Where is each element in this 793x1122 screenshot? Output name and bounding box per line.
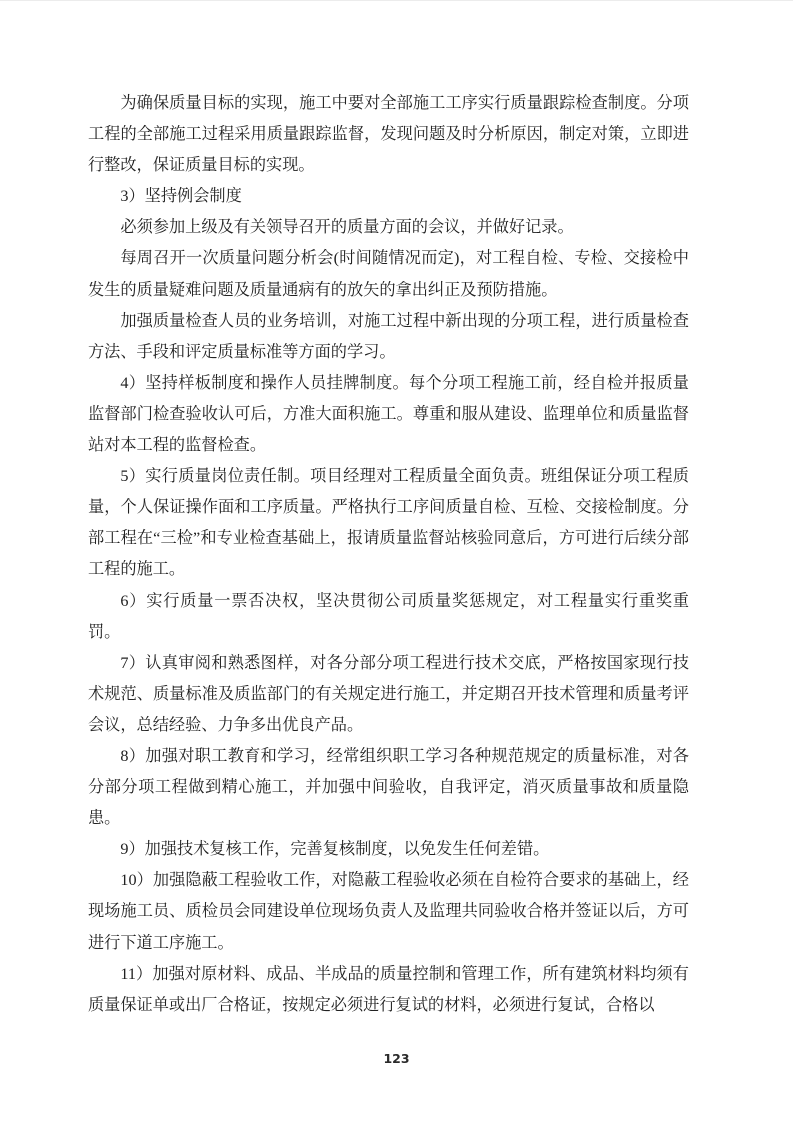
- paragraph-quality-tracking: 为确保质量目标的实现，施工中要对全部施工工序实行质量跟踪检查制度。分项工程的全部…: [88, 88, 689, 181]
- paragraph-item-6-veto: 6）实行质量一票否决权，坚决贯彻公司质量奖惩规定，对工程量实行重奖重罚。: [88, 586, 689, 648]
- paragraph-meeting-attendance: 必须参加上级及有关领导召开的质量方面的会议，并做好记录。: [88, 212, 689, 243]
- page-number: 123: [0, 1051, 793, 1066]
- document-page: 为确保质量目标的实现，施工中要对全部施工工序实行质量跟踪检查制度。分项工程的全部…: [0, 0, 793, 1122]
- paragraph-weekly-analysis: 每周召开一次质量问题分析会(时间随情况而定)，对工程自检、专检、交接检中发生的质…: [88, 243, 689, 305]
- paragraph-item-4-sample-system: 4）坚持样板制度和操作人员挂牌制度。每个分项工程施工前，经自检并报质量监督部门检…: [88, 368, 689, 461]
- paragraph-item-9-review: 9）加强技术复核工作，完善复核制度，以免发生任何差错。: [88, 834, 689, 865]
- paragraph-item-10-hidden-works: 10）加强隐蔽工程验收工作，对隐蔽工程验收必须在自检符合要求的基础上，经现场施工…: [88, 865, 689, 958]
- paragraph-item-8-education: 8）加强对职工教育和学习，经常组织职工学习各种规范规定的质量标准，对各分部分项工…: [88, 741, 689, 834]
- document-body: 为确保质量目标的实现，施工中要对全部施工工序实行质量跟踪检查制度。分项工程的全部…: [88, 88, 689, 1021]
- paragraph-item-5-responsibility: 5）实行质量岗位责任制。项目经理对工程质量全面负责。班组保证分项工程质量，个人保…: [88, 461, 689, 585]
- paragraph-item-11-materials: 11）加强对原材料、成品、半成品的质量控制和管理工作，所有建筑材料均须有质量保证…: [88, 959, 689, 1021]
- paragraph-inspector-training: 加强质量检查人员的业务培训，对施工过程中新出现的分项工程，进行质量检查方法、手段…: [88, 306, 689, 368]
- paragraph-item-7-drawings: 7）认真审阅和熟悉图样，对各分部分项工程进行技术交底，严格按国家现行技术规范、质…: [88, 648, 689, 741]
- paragraph-item-3-heading: 3）坚持例会制度: [88, 181, 689, 212]
